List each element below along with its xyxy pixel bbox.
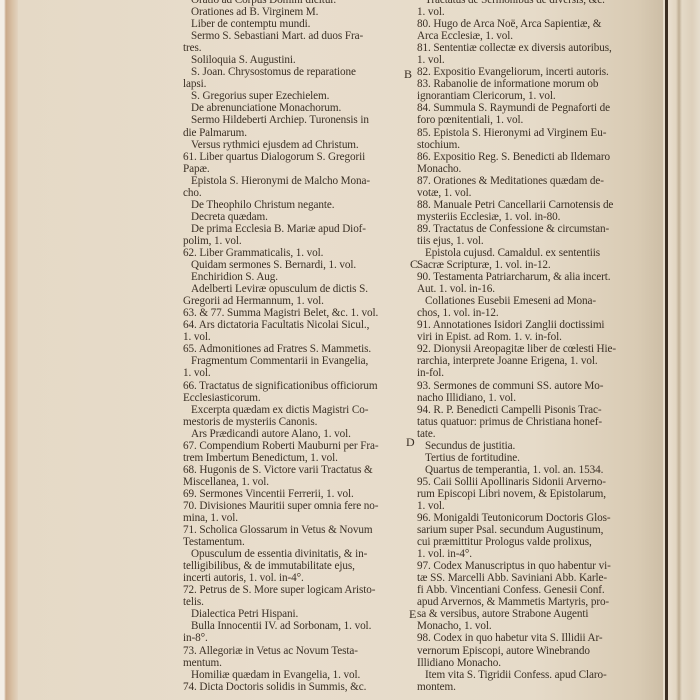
catalogue-line: Fragmentum Commentarii in Evangelia, bbox=[183, 355, 405, 367]
catalogue-line: 94. R. P. Benedicti Campelli Pisonis Tra… bbox=[417, 404, 664, 416]
catalogue-line: apud Arvernos, & Mammetis Martyris, pro- bbox=[417, 596, 664, 608]
catalogue-line: Homiliæ quædam in Evangelia, 1. vol. bbox=[183, 669, 405, 681]
catalogue-line: fi Abb. Vincentiani Confess. Genesii Con… bbox=[417, 584, 664, 596]
catalogue-line: Monacho, 1. vol. bbox=[417, 620, 664, 632]
catalogue-line: polim, 1. vol. bbox=[183, 235, 405, 247]
catalogue-line: 93. Sermones de communi SS. autore Mo- bbox=[417, 380, 664, 392]
catalogue-line: 87. Orationes & Meditationes quædam de- bbox=[417, 175, 664, 187]
catalogue-line: 85. Epistola S. Hieronymi ad Virginem Eu… bbox=[417, 127, 664, 139]
catalogue-line: mestoris de mysteriis Canonis. bbox=[183, 416, 405, 428]
catalogue-line: 1. vol. in-4°. bbox=[417, 548, 664, 560]
catalogue-line: 69. Sermones Vincentii Ferrerii, 1. vol. bbox=[183, 488, 405, 500]
catalogue-line: 65. Admonitiones ad Fratres S. Mammetis. bbox=[183, 343, 405, 355]
catalogue-line: foro pœnitentiali, 1. vol. bbox=[417, 114, 664, 126]
catalogue-line: Illidiano Monacho. bbox=[417, 657, 664, 669]
catalogue-line: telligibilibus, & de immutabilitate ejus… bbox=[183, 560, 405, 572]
right-text-column: Tractatus de Sermonibus de diversis, &c.… bbox=[417, 0, 664, 693]
catalogue-line: in-fol. bbox=[417, 367, 664, 379]
catalogue-line: 96. Monigaldi Teutonicorum Doctoris Glos… bbox=[417, 512, 664, 524]
catalogue-line: Item vita S. Tigridii Confess. apud Clar… bbox=[417, 669, 664, 681]
catalogue-line: Quidam sermones S. Bernardi, 1. vol. bbox=[183, 259, 405, 271]
catalogue-line: 1. vol. bbox=[183, 367, 405, 379]
catalogue-line: 81. Sententiæ collectæ ex diversis autor… bbox=[417, 42, 664, 54]
catalogue-line: votæ, 1. vol. bbox=[417, 187, 664, 199]
catalogue-line: Ars Prædicandi autore Alano, 1. vol. bbox=[183, 428, 405, 440]
catalogue-line: Miscellanea, 1. vol. bbox=[183, 476, 405, 488]
catalogue-line: 70. Divisiones Mauritii super omnia fere… bbox=[183, 500, 405, 512]
catalogue-line: tiis ejus, 1. vol. bbox=[417, 235, 664, 247]
catalogue-line: S. Gregorius super Ezechielem. bbox=[183, 90, 405, 102]
catalogue-line: 84. Summula S. Raymundi de Pegnaforti de bbox=[417, 102, 664, 114]
catalogue-line: montem. bbox=[417, 681, 664, 693]
catalogue-line: mysteriis Ecclesiæ, 1. vol. in-80. bbox=[417, 211, 664, 223]
book-left-edge bbox=[0, 0, 18, 700]
catalogue-line: ignorantiam Clericorum, 1. vol. bbox=[417, 90, 664, 102]
catalogue-line: Epistola cujusd. Camaldul. ex sententiis bbox=[417, 247, 664, 259]
catalogue-line: 71. Scholica Glossarum in Vetus & Novum bbox=[183, 524, 405, 536]
catalogue-line: Testamentum. bbox=[183, 536, 405, 548]
catalogue-line: 89. Tractatus de Confessione & circumsta… bbox=[417, 223, 664, 235]
catalogue-line: 63. & 77. Summa Magistri Belet, &c. 1. v… bbox=[183, 307, 405, 319]
catalogue-line: Sermo S. Sebastiani Mart. ad duos Fra- bbox=[183, 30, 405, 42]
catalogue-line: Soliloquia S. Augustini. bbox=[183, 54, 405, 66]
catalogue-line: 82. Expositio Evangeliorum, incerti auto… bbox=[417, 66, 664, 78]
catalogue-line: Arca Ecclesiæ, 1. vol. bbox=[417, 30, 664, 42]
margin-letter: C bbox=[410, 257, 418, 272]
catalogue-line: 1. vol. bbox=[183, 331, 405, 343]
catalogue-line: tæ SS. Marcelli Abb. Saviniani Abb. Karl… bbox=[417, 572, 664, 584]
catalogue-line: Epistola S. Hieronymi de Malcho Mona- bbox=[183, 175, 405, 187]
catalogue-line: rum Episcopi Libri novem, & Epistolarum, bbox=[417, 488, 664, 500]
catalogue-line: Versus rythmici ejusdem ad Christum. bbox=[183, 139, 405, 151]
catalogue-line: sarium super Psal. secundum Augustinum, bbox=[417, 524, 664, 536]
catalogue-line: Orationes ad B. Virginem M. bbox=[183, 6, 405, 18]
catalogue-line: rarchia, interprete Joanne Erigena, 1. v… bbox=[417, 355, 664, 367]
catalogue-line: Secundus de justitia. bbox=[417, 440, 664, 452]
catalogue-line: Sacræ Scripturæ, 1. vol. in-12. bbox=[417, 259, 664, 271]
catalogue-line: S. Joan. Chrysostomus de reparatione bbox=[183, 66, 405, 78]
catalogue-line: cho. bbox=[183, 187, 405, 199]
catalogue-line: 67. Compendium Roberti Mauburni per Fra- bbox=[183, 440, 405, 452]
catalogue-line: Monacho. bbox=[417, 163, 664, 175]
catalogue-line: 1. vol. bbox=[417, 54, 664, 66]
catalogue-line: sa & versibus, autore Strabone Augenti bbox=[417, 608, 664, 620]
catalogue-line: 95. Caii Sollii Apollinaris Sidonii Arve… bbox=[417, 476, 664, 488]
margin-letter: B bbox=[404, 67, 412, 82]
catalogue-line: mentum. bbox=[183, 657, 405, 669]
catalogue-line: viri in Epist. ad Rom. 1. v. in-fol. bbox=[417, 331, 664, 343]
catalogue-line: 92. Dionysii Areopagitæ liber de cœlesti… bbox=[417, 343, 664, 355]
catalogue-line: Aut. 1. vol. in-16. bbox=[417, 283, 664, 295]
catalogue-line: stochium. bbox=[417, 139, 664, 151]
catalogue-line: 61. Liber quartus Dialogorum S. Gregorii bbox=[183, 151, 405, 163]
catalogue-line: De Theophilo Christum negante. bbox=[183, 199, 405, 211]
catalogue-line: 86. Expositio Reg. S. Benedicti ab Ildem… bbox=[417, 151, 664, 163]
catalogue-line: Enchiridion S. Aug. bbox=[183, 271, 405, 283]
catalogue-line: Decreta quædam. bbox=[183, 211, 405, 223]
catalogue-line: die Palmarum. bbox=[183, 127, 405, 139]
catalogue-line: 83. Rabanolie de informatione morum ob bbox=[417, 78, 664, 90]
catalogue-line: 64. Ars dictatoria Facultatis Nicolai Si… bbox=[183, 319, 405, 331]
catalogue-line: trem Imbertum Benedictum, 1. vol. bbox=[183, 452, 405, 464]
catalogue-line: Adelberti Leviræ opusculum de dictis S. bbox=[183, 283, 405, 295]
catalogue-line: Bulla Innocentii IV. ad Sorbonam, 1. vol… bbox=[183, 620, 405, 632]
catalogue-line: chos, 1. vol. in-12. bbox=[417, 307, 664, 319]
catalogue-line: Tertius de fortitudine. bbox=[417, 452, 664, 464]
catalogue-line: Excerpta quædam ex dictis Magistri Co- bbox=[183, 404, 405, 416]
catalogue-line: Opusculum de essentia divinitatis, & in- bbox=[183, 548, 405, 560]
catalogue-line: tres. bbox=[183, 42, 405, 54]
catalogue-line: 72. Petrus de S. More super logicam Aris… bbox=[183, 584, 405, 596]
book-right-edge bbox=[668, 0, 700, 700]
catalogue-line: De prima Ecclesia B. Mariæ apud Diof- bbox=[183, 223, 405, 235]
catalogue-line: Sermo Hildeberti Archiep. Turonensis in bbox=[183, 114, 405, 126]
margin-letter: E bbox=[409, 607, 416, 622]
catalogue-line: 68. Hugonis de S. Victore varii Tractatu… bbox=[183, 464, 405, 476]
catalogue-line: tatus quatuor: primus de Christiana hone… bbox=[417, 416, 664, 428]
catalogue-line: 97. Codex Manuscriptus in quo habentur v… bbox=[417, 560, 664, 572]
catalogue-line: Dialectica Petri Hispani. bbox=[183, 608, 405, 620]
catalogue-line: Ecclesiasticorum. bbox=[183, 392, 405, 404]
catalogue-line: 80. Hugo de Arca Noë, Arca Sapientiæ, & bbox=[417, 18, 664, 30]
catalogue-line: cui præmittitur Prologus valde prolixus, bbox=[417, 536, 664, 548]
margin-letter: D bbox=[406, 435, 415, 450]
catalogue-line: in-8°. bbox=[183, 632, 405, 644]
left-text-column: Oratio ad Corpus Domini dicitur.Oratione… bbox=[183, 0, 405, 693]
catalogue-line: vernorum Episcopi, autore Winebrando bbox=[417, 645, 664, 657]
catalogue-line: 90. Testamenta Patriarcharum, & alia inc… bbox=[417, 271, 664, 283]
catalogue-line: 1. vol. bbox=[417, 6, 664, 18]
catalogue-line: 88. Manuale Petri Cancellarii Carnotensi… bbox=[417, 199, 664, 211]
catalogue-line: incerti autoris, 1. vol. in-4°. bbox=[183, 572, 405, 584]
catalogue-line: Collationes Eusebii Emeseni ad Mona- bbox=[417, 295, 664, 307]
catalogue-line: 73. Allegoriæ in Vetus ac Novum Testa- bbox=[183, 645, 405, 657]
catalogue-line: 62. Liber Grammaticalis, 1. vol. bbox=[183, 247, 405, 259]
catalogue-line: nacho Illidiano, 1. vol. bbox=[417, 392, 664, 404]
catalogue-line: Liber de contemptu mundi. bbox=[183, 18, 405, 30]
catalogue-line: 66. Tractatus de significationibus offic… bbox=[183, 380, 405, 392]
catalogue-line: Gregorii ad Hermannum, 1. vol. bbox=[183, 295, 405, 307]
catalogue-line: 1. vol. bbox=[417, 500, 664, 512]
catalogue-line: 98. Codex in quo habetur vita S. Illidii… bbox=[417, 632, 664, 644]
catalogue-line: Quartus de temperantia, 1. vol. an. 1534… bbox=[417, 464, 664, 476]
catalogue-line: 74. Dicta Doctoris solidis in Summis, &c… bbox=[183, 681, 405, 693]
catalogue-line: Papæ. bbox=[183, 163, 405, 175]
catalogue-line: tate. bbox=[417, 428, 664, 440]
catalogue-line: telis. bbox=[183, 596, 405, 608]
catalogue-line: mina, 1. vol. bbox=[183, 512, 405, 524]
catalogue-line: 91. Annotationes Isidori Zanglii doctiss… bbox=[417, 319, 664, 331]
catalogue-line: lapsi. bbox=[183, 78, 405, 90]
catalogue-line: De abrenunciatione Monachorum. bbox=[183, 102, 405, 114]
